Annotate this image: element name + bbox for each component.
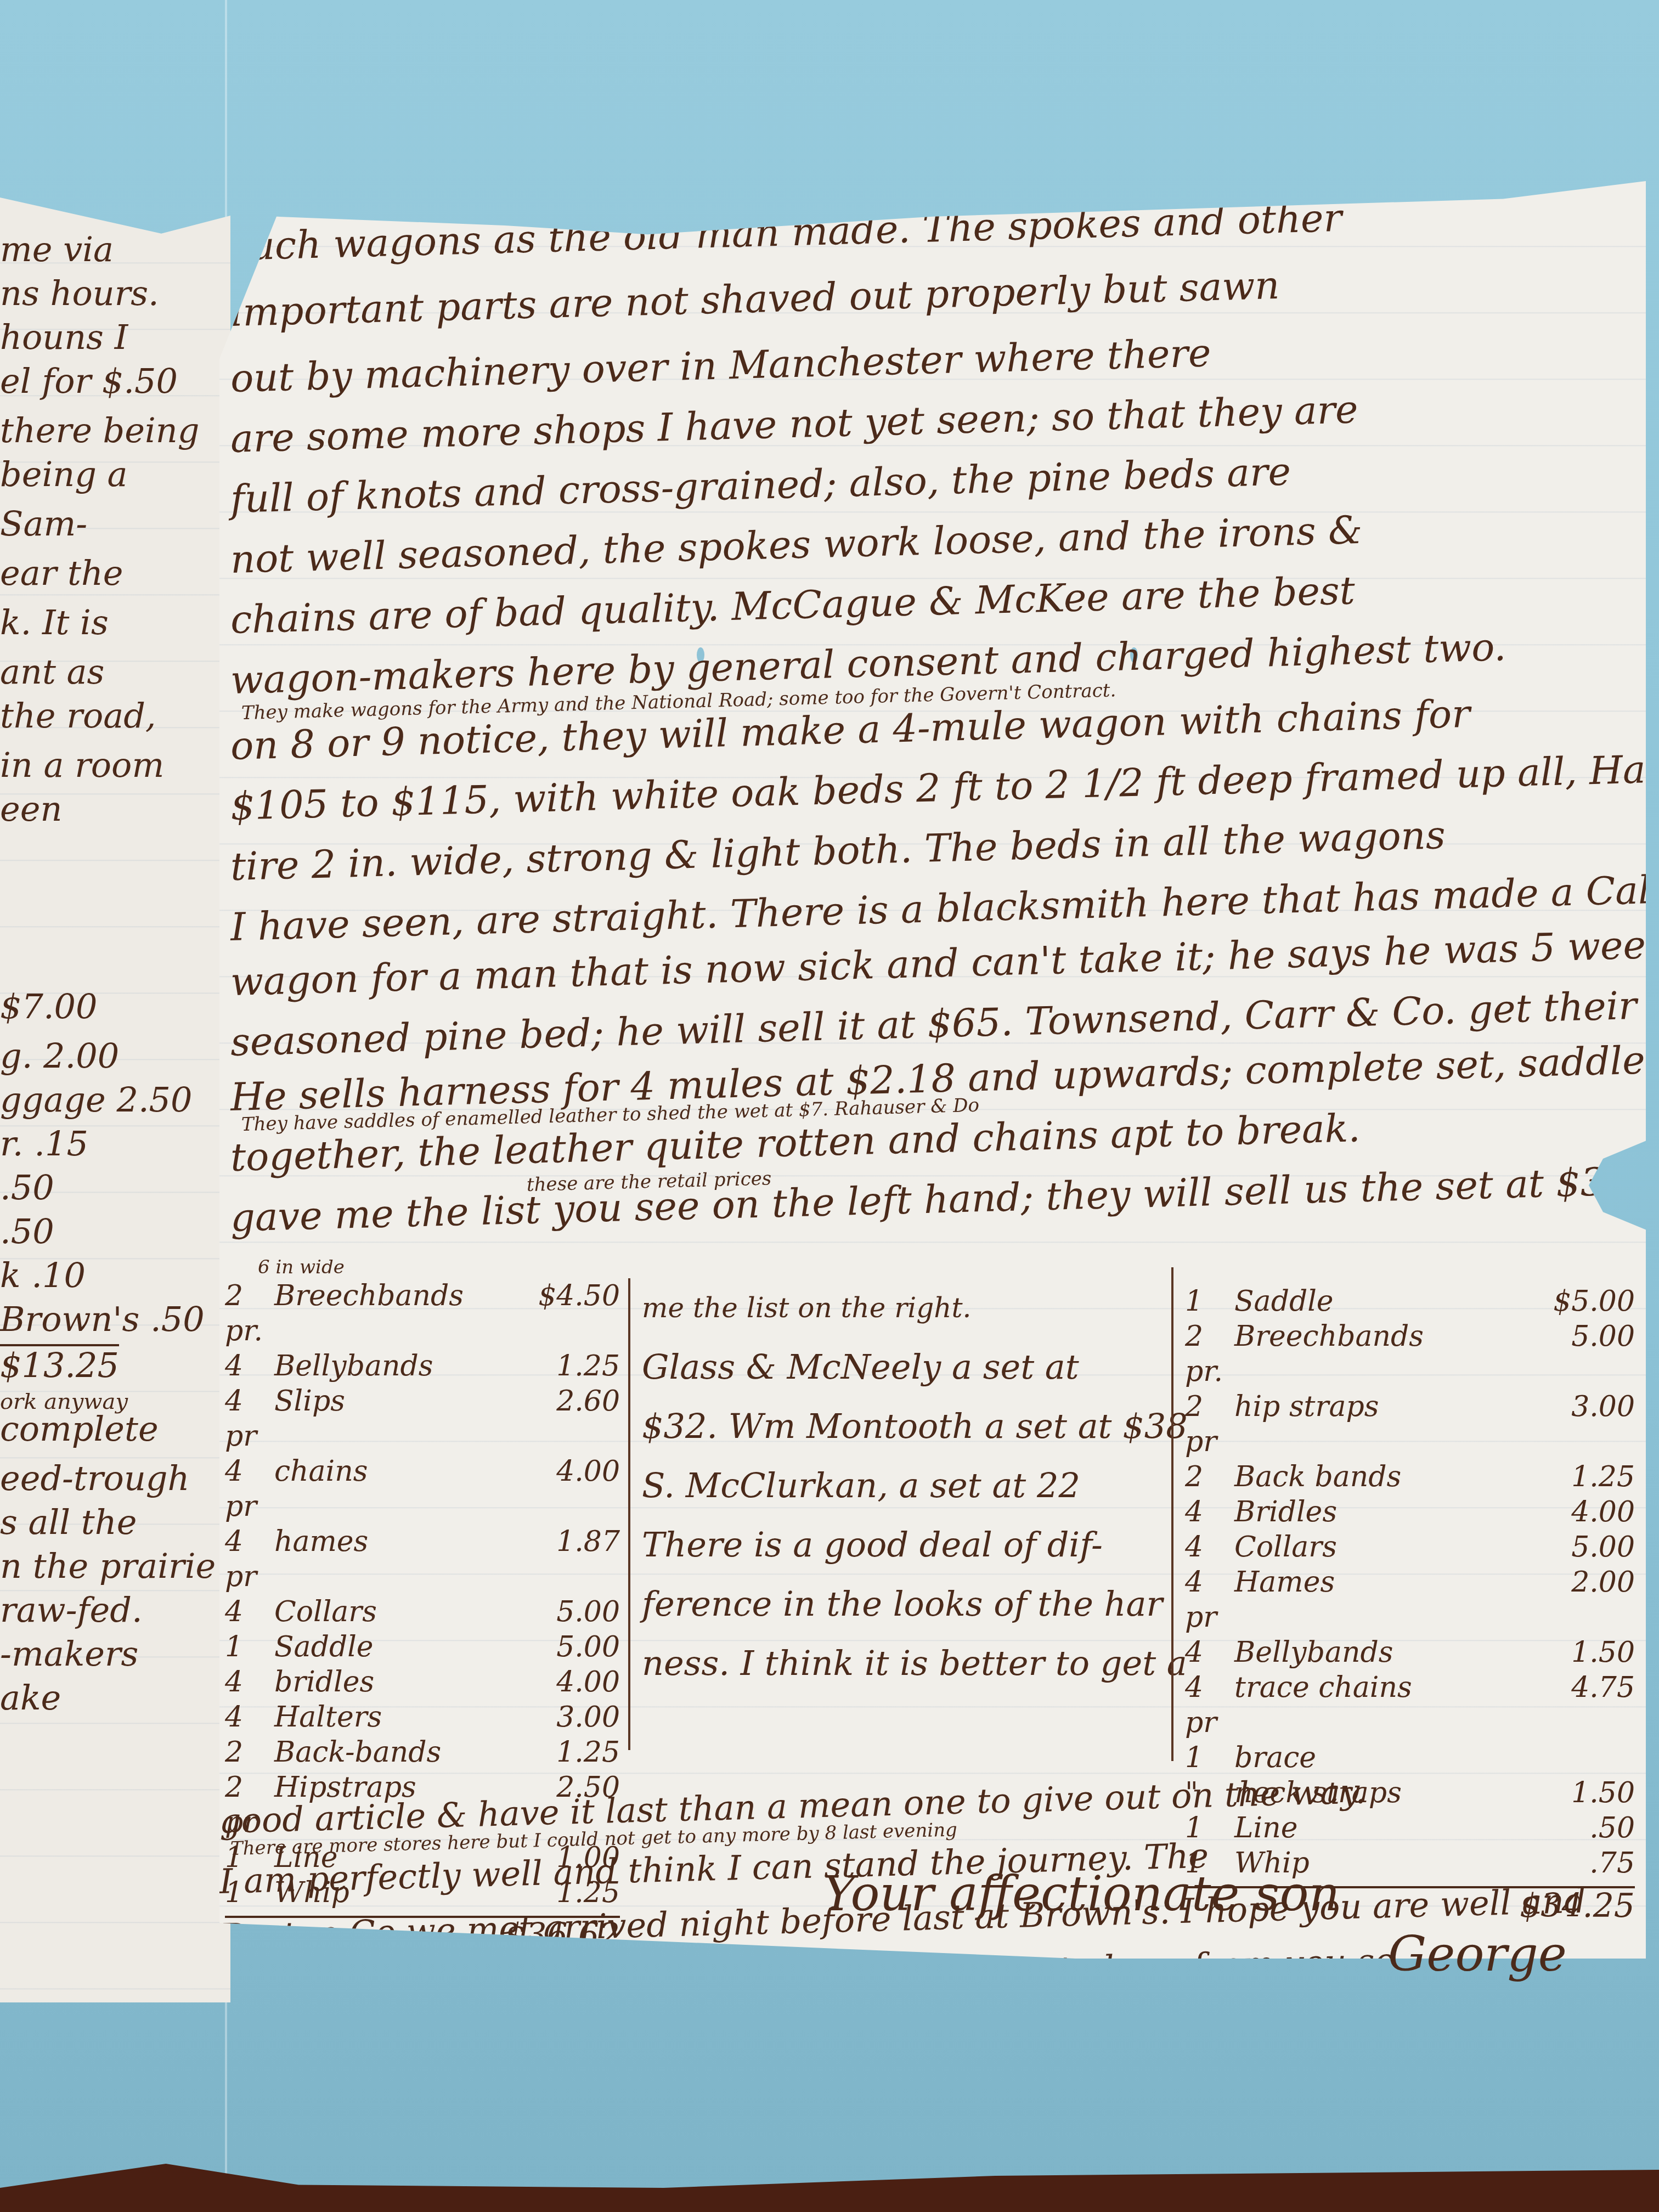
left-fragment-amount: $7.00	[0, 988, 98, 1026]
list-row: 4Bellybands1.50	[1185, 1635, 1635, 1670]
left-fragment-line: eed-trough	[0, 1459, 189, 1498]
left-fragment-amount: .50	[0, 1212, 54, 1251]
list-row: 4Halters3.00	[225, 1700, 620, 1735]
list-note: 6 in wide	[258, 1256, 620, 1278]
letter-page: such wagons as the old man made. The spo…	[219, 181, 1646, 1959]
list-row: 2Back-bands1.25	[225, 1735, 620, 1770]
column-divider	[628, 1278, 630, 1750]
signature-closing: Your affectionate son	[823, 1865, 1340, 1922]
left-fragment-line: ake	[0, 1679, 61, 1717]
left-fragment-line: k. It is	[0, 603, 109, 642]
list-row: 2 prhip straps3.00	[1185, 1389, 1635, 1459]
left-fragment-line: raw-fed.	[0, 1591, 143, 1629]
left-fragment-amount: r. .15	[0, 1125, 88, 1163]
left-fragment-line: n the prairie	[0, 1547, 216, 1585]
left-fragment-amount: g. 2.00	[0, 1037, 119, 1075]
list-row: 4 prhames1.87	[225, 1524, 620, 1594]
list-row: 2Back bands1.25	[1185, 1459, 1635, 1494]
right-price-list: 1Saddle$5.00 2 pr.Breechbands5.00 2 prhi…	[1185, 1284, 1635, 1923]
list-row: 4bridles4.00	[225, 1664, 620, 1700]
left-fragment-line: in a room	[0, 746, 164, 785]
left-fragment-line: -makers	[0, 1635, 138, 1673]
list-row: 4 prSlips2.60	[225, 1384, 620, 1454]
list-row: 2 pr.Breechbands$4.50	[225, 1278, 620, 1348]
list-row: 4Bridles4.00	[1185, 1494, 1635, 1530]
left-fragment-amount: .50	[0, 1169, 54, 1207]
list-row: 1Saddle5.00	[225, 1629, 620, 1664]
left-fragment-line: complete	[0, 1410, 159, 1448]
left-fragment-line: el for $.50	[0, 362, 178, 400]
left-fragment-line: the road,	[0, 697, 156, 735]
left-page: me via ns hours. houns I el for $.50 the…	[0, 198, 230, 2002]
left-fragment-line: Sam-	[0, 505, 87, 543]
left-fragment-line: me via	[0, 230, 114, 269]
list-row: 4Collars5.00	[1185, 1530, 1635, 1565]
left-fragment-line: being a	[0, 455, 128, 494]
left-fragment-line: houns I	[0, 318, 128, 357]
list-row: 1Saddle$5.00	[1185, 1284, 1635, 1319]
list-row: 4 prchains4.00	[225, 1454, 620, 1524]
list-row: 4 prHames2.00	[1185, 1565, 1635, 1635]
left-fragment-line: een	[0, 790, 62, 828]
left-fragment-line: there being	[0, 411, 199, 450]
signature-name: George	[1388, 1926, 1567, 1982]
left-fragment-line: s all the	[0, 1503, 137, 1542]
list-row: 4 prtrace chains4.75	[1185, 1670, 1635, 1740]
column-divider	[1171, 1267, 1173, 1761]
left-fragment-line: ear the	[0, 554, 123, 592]
left-fragment-amount: k .10	[0, 1256, 86, 1295]
left-fragment-amount: Brown's .50	[0, 1300, 205, 1339]
left-fragment-line: ns hours.	[0, 274, 159, 313]
list-row: 4Bellybands1.25	[225, 1348, 620, 1384]
list-row: 1brace	[1185, 1740, 1635, 1775]
left-fragment-line: ant as	[0, 653, 104, 691]
list-row: 2 pr.Breechbands5.00	[1185, 1319, 1635, 1389]
left-fragment-total: $13.25	[0, 1344, 119, 1385]
list-row: 4Collars5.00	[225, 1594, 620, 1629]
left-fragment-amount: ggage 2.50	[0, 1081, 192, 1119]
